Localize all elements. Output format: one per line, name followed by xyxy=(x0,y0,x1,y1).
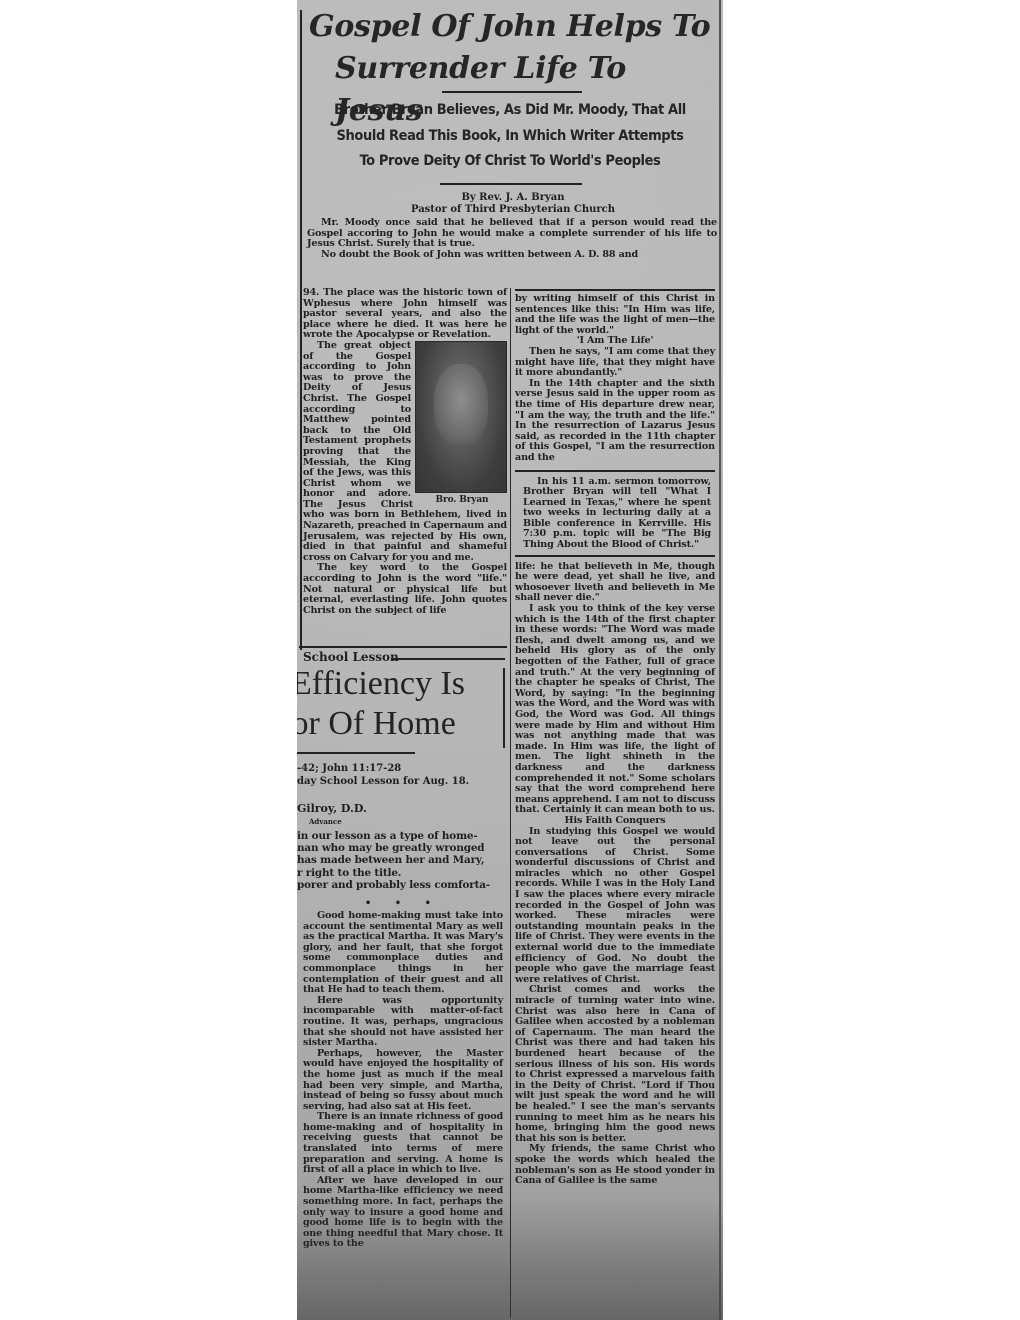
deck-subheadline: Brother Bryan Believes, As Did Mr. Moody… xyxy=(301,98,719,175)
paragraph: In studying this Gospel we would not lea… xyxy=(515,827,715,986)
paragraph: Then he says, "I am come that they might… xyxy=(515,347,715,379)
section-rule xyxy=(299,646,507,648)
text-line: porer and probably less comforta- xyxy=(297,879,505,891)
paragraph: My friends, the same Christ who spoke th… xyxy=(515,1144,715,1186)
column-rule-right xyxy=(719,0,721,1320)
headline-rule xyxy=(442,91,582,93)
deck-line: Should Read This Book, In Which Writer A… xyxy=(301,124,719,150)
headline-line-1: Gospel Of John Helps To xyxy=(307,6,717,48)
lesson-author-note: Advance xyxy=(297,815,505,828)
separator-dots: • • • xyxy=(303,899,503,909)
byline: By Rev. J. A. Bryan Pastor of Third Pres… xyxy=(307,192,719,216)
paragraph: There is an innate richness of good home… xyxy=(303,1112,503,1176)
text-line: in our lesson as a type of home- xyxy=(297,830,505,842)
lesson-reference: -42; John 11:17-28 xyxy=(297,762,505,775)
paragraph: Here was opportunity incomparable with m… xyxy=(303,996,503,1049)
sermon-notice-box: In his 11 a.m. sermon tomorrow, Brother … xyxy=(515,470,715,557)
paragraph: Perhaps, however, the Master would have … xyxy=(303,1049,503,1113)
text-line: nan who may be greatly wronged xyxy=(297,842,505,854)
paragraph: After we have developed in our home Mart… xyxy=(303,1176,503,1250)
deck-line: To Prove Deity Of Christ To World's Peop… xyxy=(301,149,719,175)
column-top-rule xyxy=(515,289,715,291)
text-line: has made between her and Mary, xyxy=(297,854,505,866)
paragraph: Christ comes and works the miracle of tu… xyxy=(515,985,715,1144)
byline-title: Pastor of Third Presbyterian Church xyxy=(307,204,719,216)
deck-line: Brother Bryan Believes, As Did Mr. Moody… xyxy=(301,98,719,124)
lesson-meta-rule xyxy=(297,752,415,754)
byline-author: By Rev. J. A. Bryan xyxy=(307,192,719,204)
paragraph: 94. The place was the historic town of W… xyxy=(303,288,507,341)
lead-paragraphs: Mr. Moody once said that he believed tha… xyxy=(307,218,717,260)
paragraph: by writing himself of this Christ in sen… xyxy=(515,294,715,336)
lesson-title-line-1: Efficiency Is xyxy=(297,664,505,704)
lesson-label: School Lesson xyxy=(297,650,505,664)
photo-caption: Bro. Bryan xyxy=(417,495,507,506)
lesson-column: • • • Good home-making must take into ac… xyxy=(303,898,503,1250)
subhead: His Faith Conquers xyxy=(515,816,715,827)
paragraph: life: he that believeth in Me, though he… xyxy=(515,562,715,604)
paragraph: Mr. Moody once said that he believed tha… xyxy=(307,218,717,250)
article-column-right: by writing himself of this Christ in sen… xyxy=(515,294,715,1187)
lesson-author: Gilroy, D.D. xyxy=(297,802,505,815)
lesson-date: day School Lesson for Aug. 18. xyxy=(297,775,505,788)
sermon-notice: In his 11 a.m. sermon tomorrow, Brother … xyxy=(523,477,711,551)
lesson-title-line-2: ctor Of Home xyxy=(297,704,505,744)
deck-rule xyxy=(440,183,582,185)
paragraph: In the 14th chapter and the sixth verse … xyxy=(515,379,715,464)
paragraph: The key word to the Gospel according to … xyxy=(303,563,507,616)
paragraph: No doubt the Book of John was written be… xyxy=(307,250,717,261)
school-lesson-header: School Lesson Efficiency Is ctor Of Home… xyxy=(297,650,505,891)
lesson-title: Efficiency Is ctor Of Home xyxy=(297,664,505,744)
author-photo xyxy=(415,341,507,493)
portrait-face xyxy=(434,364,488,444)
lesson-meta: -42; John 11:17-28 day School Lesson for… xyxy=(297,762,505,828)
newspaper-clipping: Gospel Of John Helps To Surrender Life T… xyxy=(297,0,723,1320)
paragraph: Good home-making must take into account … xyxy=(303,911,503,996)
article-column-left: 94. The place was the historic town of W… xyxy=(303,288,507,616)
text-line: r right to the title. xyxy=(297,867,505,879)
paragraph: I ask you to think of the key verse whic… xyxy=(515,604,715,816)
lesson-title-rule xyxy=(503,668,505,748)
lesson-opening: in our lesson as a type of home- nan who… xyxy=(297,830,505,891)
column-divider xyxy=(510,288,511,1318)
